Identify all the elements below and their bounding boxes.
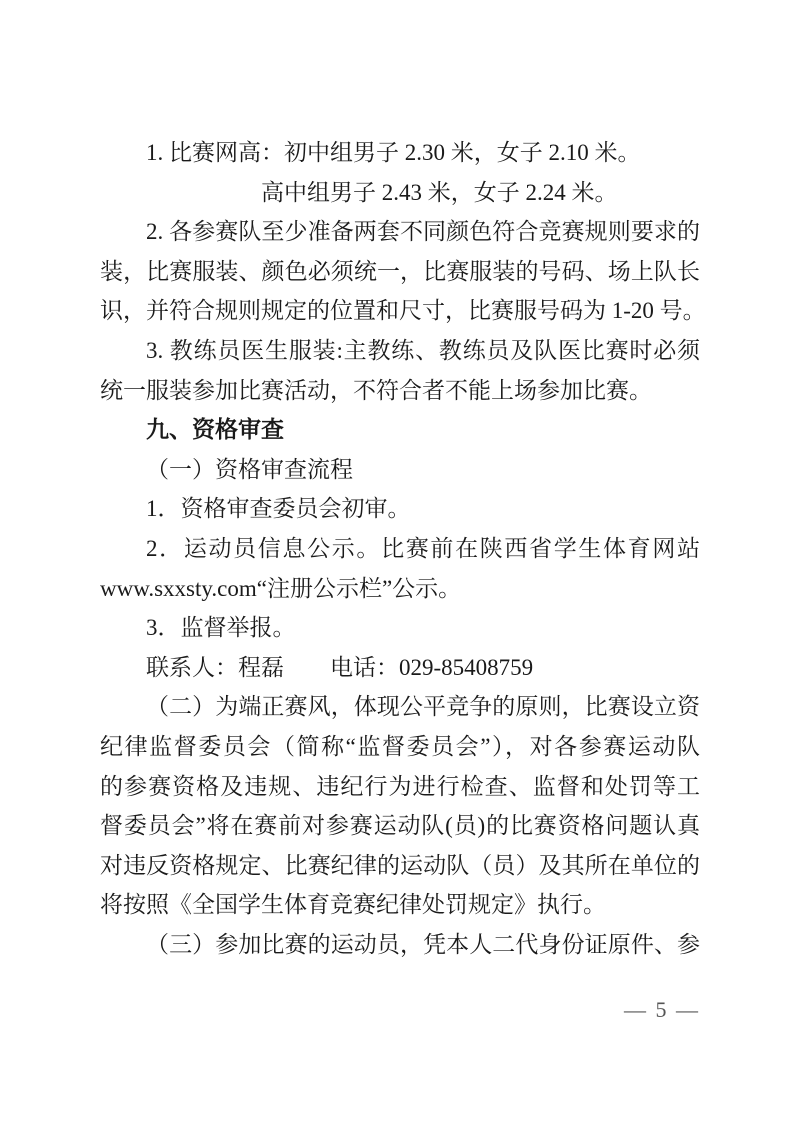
text-line-14: 联系人：程磊 电话：029-85408759 <box>100 648 700 688</box>
text-line-15: （二）为端正赛风，体现公平竞争的原则，比赛设立资格和 <box>100 687 700 727</box>
text-line-3: 2. 各参赛队至少准备两套不同颜色符合竞赛规则要求的服 <box>100 212 700 252</box>
section-heading: 九、资格审查 <box>100 410 700 450</box>
text-line-16: 纪律监督委员会（简称“监督委员会”），对各参赛运动队（员） <box>100 727 700 767</box>
text-line-9: （一）资格审查流程 <box>100 450 700 490</box>
text-line-2: 高中组男子 2.43 米，女子 2.24 米。 <box>100 173 700 213</box>
text-line-5: 识，并符合规则规定的位置和尺寸，比赛服号码为 1-20 号。 <box>100 291 700 331</box>
text-line-19: 对违反资格规定、比赛纪律的运动队（员）及其所在单位的处罚， <box>100 846 700 886</box>
text-line-6: 3. 教练员医生服装:主教练、教练员及队医比赛时必须穿着 <box>100 331 700 371</box>
text-line-4: 装，比赛服装、颜色必须统一，比赛服装的号码、场上队长的标 <box>100 252 700 292</box>
text-line-21: （三）参加比赛的运动员，凭本人二代身份证原件、参赛证 <box>100 925 700 965</box>
text-line-17: 的参赛资格及违规、违纪行为进行检查、监督和处罚等工作。“监 <box>100 767 700 807</box>
text-line-11: 2．运动员信息公示。比赛前在陕西省学生体育网站 <box>100 529 700 569</box>
text-line-7: 统一服装参加比赛活动，不符合者不能上场参加比赛。 <box>100 371 700 411</box>
text-line-12: www.sxxsty.com“注册公示栏”公示。 <box>100 569 700 609</box>
document-body: 1. 比赛网高：初中组男子 2.30 米，女子 2.10 米。高中组男子 2.4… <box>100 133 700 964</box>
text-line-10: 1．资格审查委员会初审。 <box>100 489 700 529</box>
text-line-20: 将按照《全国学生体育竞赛纪律处罚规定》执行。 <box>100 885 700 925</box>
text-line-13: 3．监督举报。 <box>100 608 700 648</box>
page-number: — 5 — <box>624 997 700 1023</box>
document-page: 1. 比赛网高：初中组男子 2.30 米，女子 2.10 米。高中组男子 2.4… <box>0 0 800 1131</box>
text-line-1: 1. 比赛网高：初中组男子 2.30 米，女子 2.10 米。 <box>100 133 700 173</box>
text-line-18: 督委员会”将在赛前对参赛运动队(员)的比赛资格问题认真核查， <box>100 806 700 846</box>
